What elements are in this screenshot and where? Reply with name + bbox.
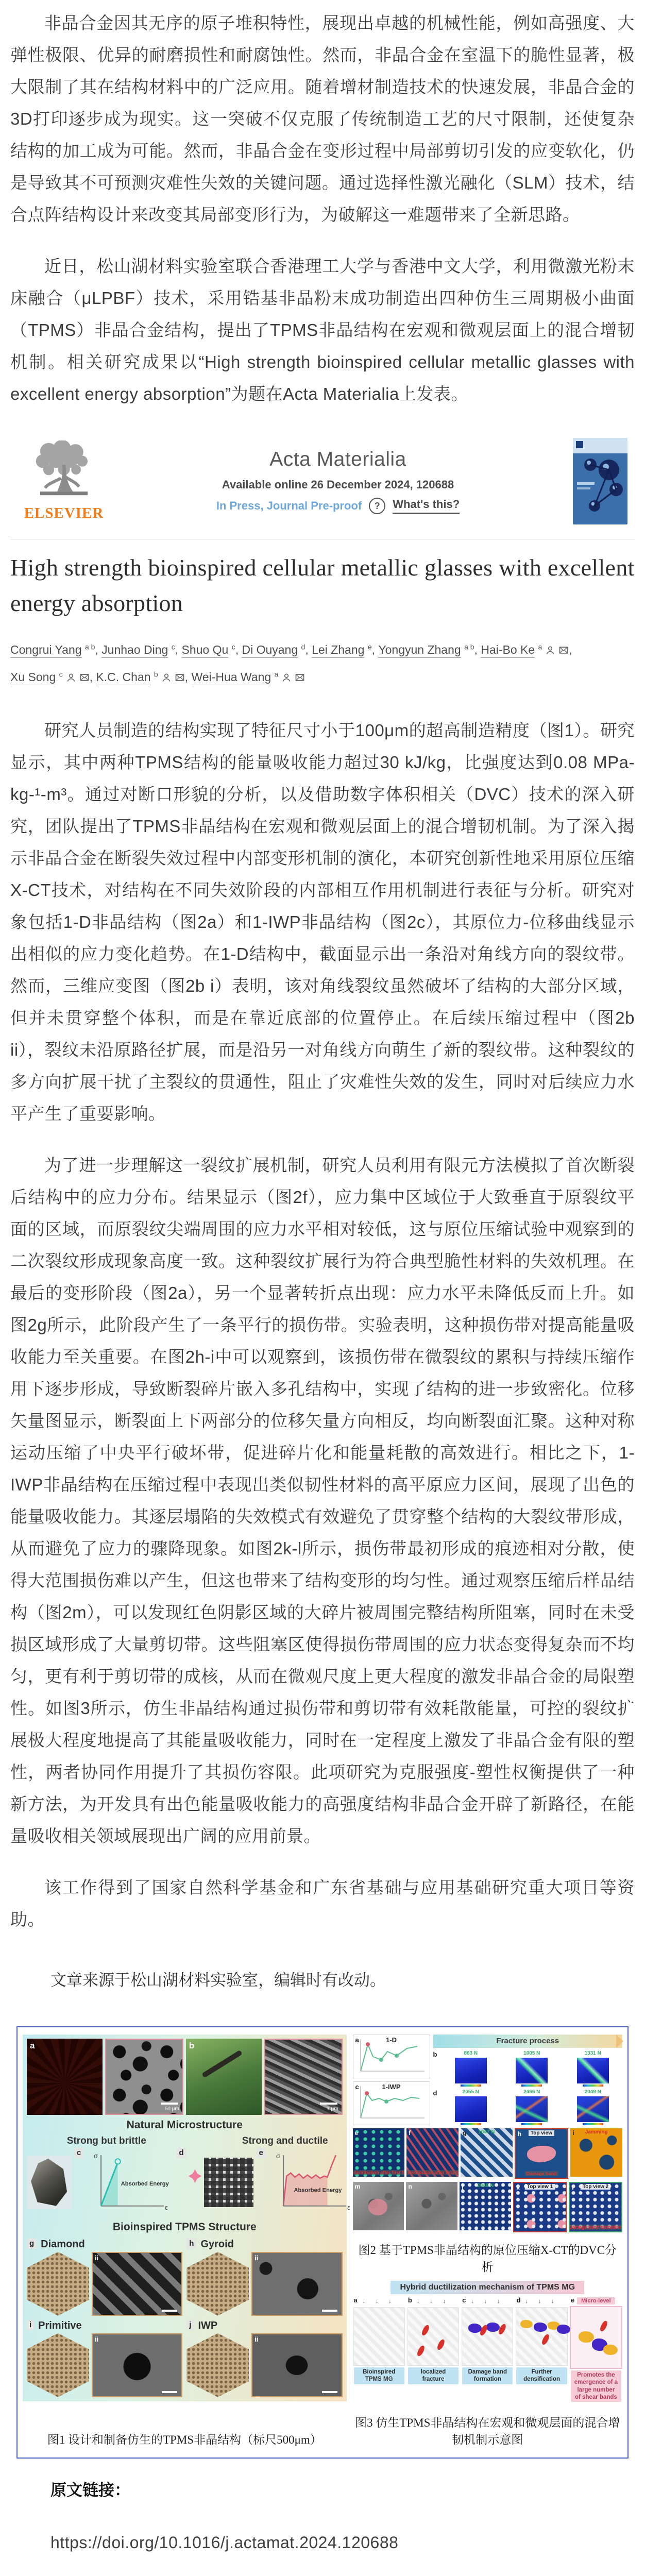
jamming-tile: iJamming <box>570 2128 622 2177</box>
tpms-lattice-render: i <box>27 2252 89 2316</box>
tpms-lattice-render: i <box>186 2252 249 2316</box>
panel-letter: h <box>186 2239 196 2249</box>
lattice-array-photo <box>204 2158 253 2207</box>
elsevier-logo: ELSEVIER <box>18 440 110 522</box>
brittle-stress-strain-chart: σ ε Absorbed Energy <box>87 2151 173 2214</box>
tpms-cell-primitive: iPrimitive i ii <box>27 2320 182 2397</box>
author-affiliation: a <box>538 642 542 651</box>
curve-title: 1-D <box>386 2036 397 2044</box>
fig3-panel-art <box>408 2307 459 2366</box>
svg-text:Absorbed Energy: Absorbed Energy <box>121 2181 169 2187</box>
ct-cube-image <box>516 2096 548 2122</box>
ct-cube-image <box>577 2096 609 2122</box>
figure1-column: a 50 μm b 1 μm Natural Microstructure <box>23 2035 347 2453</box>
panel-letter: b <box>433 2050 439 2058</box>
sub-letter: i <box>189 2334 191 2342</box>
top-view-tile: kTop view 1 <box>513 2182 567 2232</box>
author-affiliation: a <box>275 670 279 678</box>
bioinspired-title: Bioinspired TPMS Structure <box>27 2220 343 2234</box>
colorbar <box>521 2123 542 2125</box>
fig3-step-label: Bioinspired TPMS MG <box>354 2367 404 2384</box>
figure2-collage: a 1-D c 1-IWP Fracture process <box>353 2035 622 2232</box>
curve-title: 1-IWP <box>382 2083 400 2091</box>
tpms-grid: gDiamond i ii hGyroid i ii <box>27 2239 343 2397</box>
sea-urchin-photo: a <box>27 2039 103 2115</box>
sub-letter: i <box>29 2253 31 2261</box>
author-affiliation: e <box>368 642 372 651</box>
author-affiliation: a b <box>464 642 474 651</box>
authors-list: Congrui Yang a b Junhao Ding c Shuo Qu c… <box>10 636 635 691</box>
force-label: 2055 N <box>463 2089 479 2095</box>
top-view-tile: lTop view 2Damage band formation <box>569 2182 622 2232</box>
tpms-name: IWP <box>198 2320 217 2332</box>
person-icon <box>161 665 172 675</box>
panel-letter: a <box>30 2041 35 2051</box>
analysis-tile-row-1: eStress distribution after first fractur… <box>353 2128 622 2179</box>
email-icon[interactable] <box>175 665 185 675</box>
insect-photo: b <box>186 2039 262 2115</box>
in-press-link[interactable]: In Press, Journal Pre-proof <box>216 499 362 513</box>
author-affiliation: c <box>59 670 63 678</box>
sub-letter: i <box>189 2253 191 2261</box>
fig3-panel-art <box>353 2307 405 2366</box>
banner-center: Acta Materialia Available online 26 Dece… <box>110 448 566 514</box>
sub-letter: i <box>29 2334 31 2342</box>
tpms-sem-image: ii <box>251 2333 342 2397</box>
status-row: In Press, Journal Pre-proof ? What's thi… <box>110 498 566 514</box>
author-link[interactable]: Shuo Qu <box>182 643 229 658</box>
scale-bar <box>162 2391 177 2393</box>
fracture-process-banner: Fracture process <box>433 2035 622 2048</box>
author-link[interactable]: Hai-Bo Ke <box>481 643 535 658</box>
transition-arrow-icon <box>189 2170 202 2183</box>
fig3-step-label: localized fracture <box>408 2367 459 2384</box>
article-page: 非晶合金因其无序的原子堆积特性，展现出卓越的机械性能，例如高强度、大弹性极限、优… <box>0 0 645 2573</box>
email-icon[interactable] <box>558 638 569 648</box>
panel-letter: c <box>74 2148 83 2158</box>
tpms-name: Gyroid <box>200 2239 233 2250</box>
section-divider <box>10 539 635 539</box>
scale-label: 50 μm <box>165 2106 179 2112</box>
scale-bar <box>320 2103 337 2105</box>
force-label: 863 N <box>464 2050 478 2057</box>
person-icon <box>281 665 292 675</box>
ct-cube-image <box>516 2058 548 2083</box>
fig3-step-label: Damage band formation <box>462 2367 513 2384</box>
ductile-group: Strong and ductile e σ ε Ab <box>204 2136 366 2217</box>
scale-label: 1 μm <box>327 2106 338 2112</box>
elsevier-wordmark: ELSEVIER <box>18 505 110 522</box>
ductile-stress-strain-chart: σ ε Absorbed Energy <box>269 2151 355 2214</box>
load-arrows: ↓ ↓ ↓ <box>471 2297 504 2306</box>
paragraph-funding: 该工作得到了国家自然科学基金和广东省基础与应用基础研究重大项目等资助。 <box>10 1872 635 1936</box>
author-affiliation: b <box>154 670 158 678</box>
tpms-lattice-render: i <box>27 2333 89 2397</box>
panel-letter: j <box>186 2320 194 2330</box>
email-icon[interactable] <box>79 665 90 675</box>
journal-title: Acta Materialia <box>110 448 566 471</box>
tpms-sem-image: ii <box>92 2333 182 2397</box>
stress-map-tile: eStress distribution after first fractur… <box>353 2128 405 2177</box>
ct-cube-row-b: b 863 N 1005 N 1331 N <box>433 2050 622 2087</box>
natural-microstructure-title: Natural Microstructure <box>27 2118 343 2132</box>
panel-letter: c <box>355 2083 359 2091</box>
figure3-caption: 图3 仿生TPMS非晶结构在宏观和微观层面的混合增韧机制示意图 <box>353 2405 622 2452</box>
analysis-tile-row-2: m n j2049 N kTop view 1 lTop view 2Damag… <box>353 2182 622 2232</box>
force-label: 1005 N <box>523 2050 540 2057</box>
ct-cube-image <box>455 2096 487 2122</box>
panel-letter: a <box>355 2036 359 2044</box>
mechanics-row: Strong but brittle c σ ε <box>27 2136 343 2217</box>
journal-cover-thumbnail[interactable] <box>573 438 627 524</box>
fig3-panel-art <box>462 2307 513 2366</box>
panel-letter: d <box>176 2148 186 2158</box>
sub-letter: ii <box>95 2254 98 2262</box>
tpms-cell-gyroid: hGyroid i ii <box>186 2239 342 2316</box>
sem-dense-tile: n <box>406 2182 457 2230</box>
sem-fragment-tile: m <box>353 2182 404 2230</box>
author-link[interactable]: Xu Song <box>10 670 56 685</box>
panel-letter: e <box>257 2148 266 2158</box>
person-icon <box>545 638 555 648</box>
author-affiliation: c <box>232 642 235 651</box>
sem-wing-photo: 1 μm <box>264 2039 342 2115</box>
svg-text:σ: σ <box>276 2152 280 2160</box>
sub-letter: ii <box>95 2335 98 2343</box>
figure2-caption: 图2 基于TPMS非晶结构的原位压缩X-CT的DVC分析 <box>353 2235 622 2279</box>
panel-letter: g <box>27 2239 37 2249</box>
figure3-header: Hybrid ductilization mechanism of TPMS M… <box>391 2281 584 2294</box>
ct-cube-row-d: d 2055 N 2466 N 2049 N <box>433 2089 622 2125</box>
paragraph-results: 研究人员制造的结构实现了特征尺寸小于100μm的超高制造精度（图1）。研究显示，… <box>10 715 635 1130</box>
figure1-collage: a 50 μm b 1 μm Natural Microstructure <box>23 2035 347 2401</box>
doi-link[interactable]: https://doi.org/10.1016/j.actamat.2024.1… <box>50 2533 635 2552</box>
panel-letter: i <box>27 2320 34 2330</box>
fig3-step-c: c ↓ ↓ ↓ Damage band formation <box>462 2297 513 2384</box>
journal-cover-art <box>573 438 627 524</box>
author-link[interactable]: Di Ouyang <box>242 643 298 658</box>
force-label: 1331 N <box>585 2050 601 2057</box>
scale-bar <box>322 2310 337 2312</box>
colorbar <box>583 2123 603 2125</box>
fig3-panel-art <box>570 2306 622 2369</box>
bulk-glass-photo <box>27 2156 71 2209</box>
panel-letter: d <box>433 2089 439 2097</box>
load-arrows: ↓ ↓ ↓ <box>525 2297 558 2306</box>
ct-cube-image <box>577 2058 609 2083</box>
force-curve-1d: a 1-D <box>353 2035 430 2078</box>
sub-letter: ii <box>254 2254 258 2262</box>
paper-title: High strength bioinspired cellular metal… <box>10 550 635 621</box>
brittle-group: Strong but brittle c σ ε <box>27 2136 186 2217</box>
figure2-3-column: a 1-D c 1-IWP Fracture process <box>353 2035 622 2453</box>
figure1-caption: 图1 设计和制备仿生的TPMS非晶结构（标尺500μm） <box>23 2422 347 2452</box>
colorbar <box>461 2084 481 2087</box>
fig3-step-label: Further densification <box>516 2367 567 2384</box>
figure3-schematic: Hybrid ductilization mechanism of TPMS M… <box>353 2279 622 2405</box>
strong-brittle-label: Strong but brittle <box>27 2136 186 2147</box>
email-icon[interactable] <box>295 665 305 675</box>
force-curve-1iwp: c 1-IWP <box>353 2081 430 2125</box>
fracture-process-label: Fracture process <box>496 2037 559 2045</box>
figure1-photo-row: a 50 μm b 1 μm <box>27 2039 343 2115</box>
sem-porous-photo: 50 μm <box>105 2039 183 2115</box>
colorbar <box>521 2084 542 2087</box>
author-affiliation: d <box>301 642 305 651</box>
tpms-cell-iwp: jIWP i ii <box>186 2320 342 2397</box>
micro-level-label: Micro-level <box>577 2297 615 2304</box>
author-link[interactable]: Wei-Hua Wang <box>192 670 271 685</box>
help-circle-icon[interactable]: ? <box>369 498 385 514</box>
colorbar <box>583 2084 603 2087</box>
source-note: 文章来源于松山湖材料实验室，编辑时有改动。 <box>50 1965 635 1995</box>
tpms-lattice-render: i <box>186 2333 249 2397</box>
tpms-name: Primitive <box>38 2320 81 2332</box>
scale-bar <box>161 2103 178 2105</box>
svg-text:σ: σ <box>94 2152 98 2160</box>
force-label: 2466 N <box>523 2089 540 2095</box>
figure-panel: a 50 μm b 1 μm Natural Microstructure <box>16 2026 629 2459</box>
fig3-step-a: a ↓ ↓ ↓ Bioinspired TPMS MG <box>354 2297 404 2384</box>
journal-banner: ELSEVIER Acta Materialia Available onlin… <box>10 430 635 536</box>
ct-cube-image <box>455 2058 487 2083</box>
availability-text: Available online 26 December 2024, 12068… <box>110 478 566 492</box>
colorbar <box>461 2123 481 2125</box>
tpms-sem-image: ii <box>92 2252 182 2316</box>
paragraph-mechanism: 为了进一步理解这一裂纹扩展机制，研究人员利用有限元方法模拟了首次断裂后结构中的应… <box>10 1149 635 1852</box>
tpms-cell-diamond: gDiamond i ii <box>27 2239 182 2316</box>
fig3-panel-art <box>516 2307 567 2366</box>
author-link[interactable]: Lei Zhang <box>312 643 364 658</box>
person-icon <box>66 665 76 675</box>
author-affiliation: c <box>172 642 175 651</box>
author-link[interactable]: Junhao Ding <box>101 643 168 658</box>
whats-this-link[interactable]: What's this? <box>393 498 460 514</box>
fig3-step-b: b ↓ ↓ ↓ localized fracture <box>408 2297 459 2384</box>
fig3-step-d: d ↓ ↓ ↓ Further densification <box>516 2297 567 2384</box>
tpms-sem-image: ii <box>251 2252 342 2316</box>
tpms-name: Diamond <box>41 2239 85 2250</box>
panel-letter: b <box>189 2041 194 2051</box>
sub-letter: ii <box>254 2335 258 2343</box>
cross-section-tile: j2049 N <box>460 2182 511 2230</box>
paragraph-intro: 非晶合金因其无序的原子堆积特性，展现出卓越的机械性能，例如高强度、大弹性极限、优… <box>10 7 635 231</box>
force-label: 2049 N <box>585 2089 601 2095</box>
scale-bar <box>162 2310 177 2312</box>
svg-text:ε: ε <box>165 2204 168 2211</box>
load-arrows: ↓ ↓ ↓ <box>417 2297 450 2306</box>
original-link-label: 原文链接： <box>50 2477 635 2500</box>
top-view-tile: hTop viewDamage band <box>515 2128 569 2179</box>
author-link[interactable]: Yongyun Zhang <box>378 643 461 658</box>
author-link[interactable]: Congrui Yang <box>10 643 82 658</box>
load-arrows: ↓ ↓ ↓ <box>362 2297 396 2306</box>
svg-text:ε: ε <box>347 2204 350 2211</box>
svg-text:Absorbed Energy: Absorbed Energy <box>294 2187 342 2193</box>
paragraph-news: 近日，松山湖材料实验室联合香港理工大学与香港中文大学，利用微激光粉末床融合（μL… <box>10 250 635 410</box>
author-affiliation: a b <box>85 642 95 651</box>
fig3-step-e: e Micro-level Promotes the emergence of … <box>571 2297 621 2402</box>
strong-ductile-label: Strong and ductile <box>204 2136 366 2147</box>
stress-map-tile: fStress distribution after first fractur… <box>406 2128 459 2177</box>
scale-bar <box>322 2391 337 2393</box>
cross-section-tile: g1047 N <box>461 2128 513 2177</box>
fig3-micro-note: Promotes the emergence of a large number… <box>571 2370 621 2402</box>
author-link[interactable]: K.C. Chan <box>96 670 150 685</box>
elsevier-tree-icon <box>30 440 98 501</box>
